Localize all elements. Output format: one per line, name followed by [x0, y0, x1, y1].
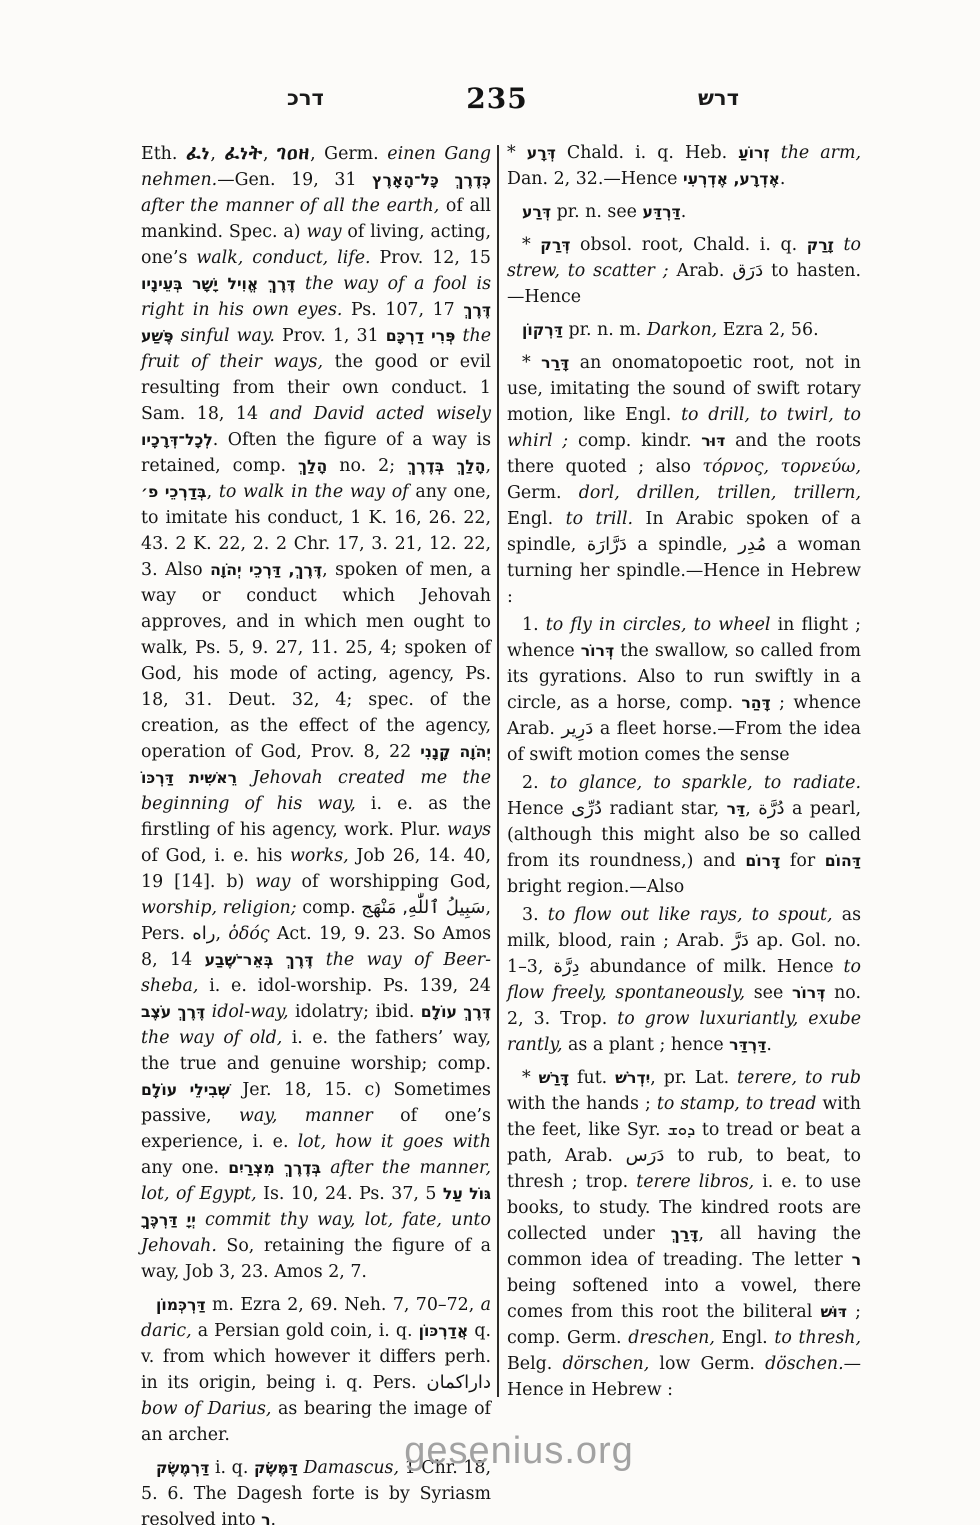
- entry-darkemon: דַּרְכְּמוֹן m. Ezra 2, 69. Neh. 7, 70–7…: [141, 1292, 491, 1448]
- sense-1-fly-in-circles: 1. to fly in circles, to wheel in flight…: [507, 612, 861, 768]
- sense-3-flow-out: 3. to flow out like rays, to spout, as m…: [507, 902, 861, 1058]
- lexicon-page: דרכ 235 דרש Eth. ፈነ, ፈነት, ገዐዘ, Germ. ein…: [0, 0, 980, 1525]
- page-number: 235: [452, 82, 542, 115]
- left-column: Eth. ፈነ, ፈነት, ገዐዘ, Germ. einen Gang nehm…: [141, 140, 491, 1525]
- header-left-catchword: דרכ: [287, 86, 324, 110]
- entry-derak: * דְּרַק obsol. root, Chald. i. q. זָרַק…: [507, 232, 861, 310]
- entry-darkon: דַּרְקוֹן pr. n. m. Darkon, Ezra 2, 56.: [507, 317, 861, 343]
- header-right-catchword: דרש: [698, 86, 739, 110]
- column-divider-rule: [497, 145, 499, 1397]
- entry-dera-chald: * דְּרָע Chald. i. q. Heb. זְרוֹעַ the a…: [507, 140, 861, 192]
- right-column: * דְּרָע Chald. i. q. Heb. זְרוֹעַ the a…: [507, 140, 861, 1403]
- sense-2-glance-sparkle: 2. to glance, to sparkle, to radiate. He…: [507, 770, 861, 900]
- entry-darar-root: * דָּרַר an onomatopoetic root, not in u…: [507, 350, 861, 610]
- entry-dera-prn: דְּרַע pr. n. see דַּרְדַּע.: [507, 199, 861, 225]
- entry-darash: * דָּרַשׁ fut. יִדְרֹשׁ, pr. Lat. terere…: [507, 1065, 861, 1403]
- gesenius-org-watermark: gesenius.org: [0, 1430, 980, 1473]
- entry-derek-continuation: Eth. ፈነ, ፈነት, ገዐዘ, Germ. einen Gang nehm…: [141, 140, 491, 1285]
